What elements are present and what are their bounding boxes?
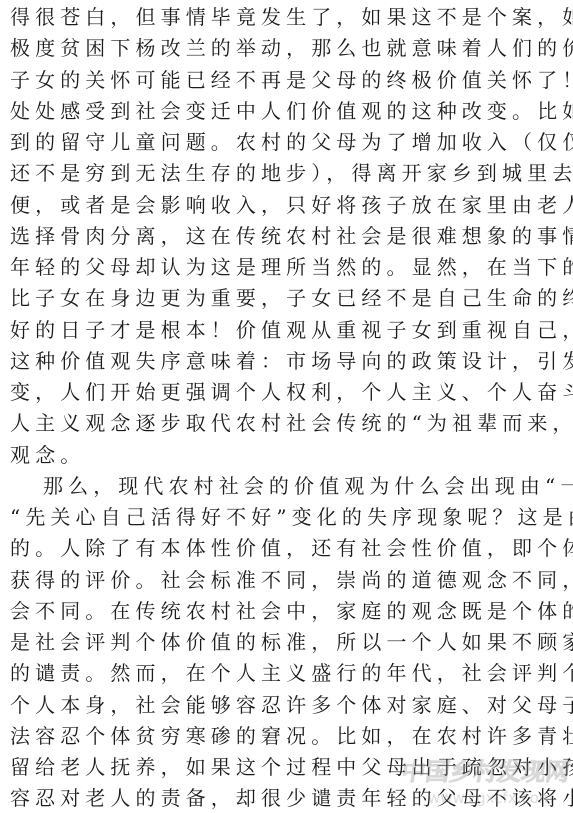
- text-line: 极度贫困下杨改兰的举动，那么也就意味着人们的价值观发生了改变，对: [10, 33, 566, 64]
- document-page: 得很苍白，但事情毕竟发生了，如果这不是个案，如果人们都能够理解在 极度贫困下杨改…: [10, 2, 566, 813]
- text-line: 比子女在身边更为重要，子女已经不是自己生命的终极价值，让自己过上: [10, 283, 566, 314]
- text-line: 得很苍白，但事情毕竟发生了，如果这不是个案，如果人们都能够理解在: [10, 2, 566, 33]
- text-line: 法容忍个体贫穷寒碜的窘况。比如，在农村许多青壮年外出打工，将子女: [10, 721, 566, 752]
- text-line: 到的留守儿童问题。农村的父母为了增加收入（仅仅是为了收入的增加，: [10, 127, 566, 158]
- text-line: 选择骨肉分离，这在传统农村社会是很难想象的事情，但在现代农村社会，: [10, 221, 566, 252]
- paragraph-end-line: 观念。: [10, 440, 566, 471]
- text-line: 人主义观念逐步取代农村社会传统的“为祖辈而来，为子孙而去”的价值: [10, 408, 566, 439]
- text-line: 好的日子才是根本！价值观从重视子女到重视自己，就是一种失序现象。: [10, 315, 566, 346]
- text-line: 处处感受到社会变迁中人们价值观的这种改变。比如说，我们现在常常谈: [10, 96, 566, 127]
- text-line: 是社会评判个体价值的标准，所以一个人如果不顾家庭，会受到社会舆论: [10, 627, 566, 658]
- text-line: 便，或者是会影响收入，只好将孩子放在家里由老人看养。为了收入增加，: [10, 190, 566, 221]
- text-line: 容忍对老人的责备，却很少谴责年轻的父母不该将小孩甩给老人，这在现: [10, 783, 566, 813]
- text-line: 留给老人抚养，如果这个过程中父母出于疏忽对小孩造成了伤害，舆论会: [10, 752, 566, 783]
- text-line: 年轻的父母却认为这是理所当然的。显然，在当下的父母眼里，收入增长: [10, 252, 566, 283]
- paragraph-start-line: 那么，现代农村社会的价值观为什么会出现由“一切为了孩子”向: [10, 471, 566, 502]
- text-line: 还不是穷到无法生存的地步），得离开家乡到城里去打工，带着小孩不方: [10, 158, 566, 189]
- text-line: 的谴责。然而，在个人主义盛行的年代，社会评判个体的标准从家庭转到: [10, 658, 566, 689]
- text-line: “先关心自己活得好不好”变化的失序现象呢？这是由社会环境变化引起: [10, 502, 566, 533]
- text-line: 变，人们开始更强调个人权利，个人主义、个人奋斗、及时行乐，这种个: [10, 377, 566, 408]
- text-line: 会不同。在传统农村社会中，家庭的观念既是个体的本体性价值观念，也: [10, 596, 566, 627]
- text-line: 子女的关怀可能已经不再是父母的终极价值关怀了！事实上，我们现在能: [10, 65, 566, 96]
- text-line: 这种价值观失序意味着：市场导向的政策设计，引发了农民价值观念的改: [10, 346, 566, 377]
- text-line: 获得的评价。社会标准不同，崇尚的道德观念不同，对个体引导的方向就: [10, 565, 566, 596]
- text-line: 个人本身，社会能够容忍许多个体对家庭、对父母子女背离的行为，却无: [10, 690, 566, 721]
- text-line: 的。人除了有本体性价值，还有社会性价值，即个体在社会中的位置及所: [10, 533, 566, 564]
